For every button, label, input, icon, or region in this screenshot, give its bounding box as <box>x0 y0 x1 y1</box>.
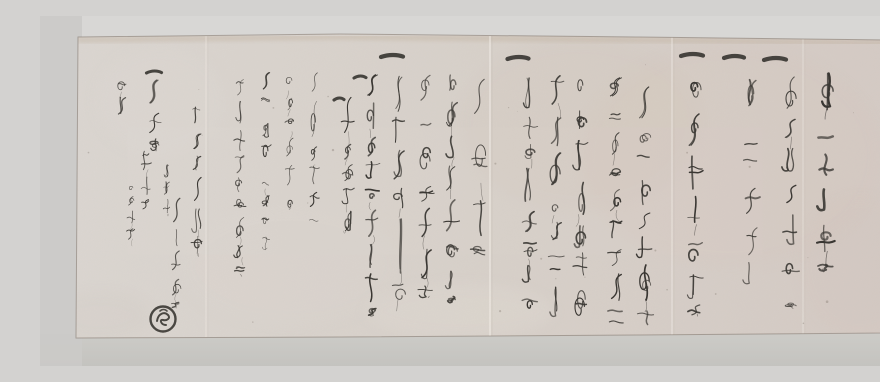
ink-stroke <box>195 107 196 123</box>
backdrop-bottom <box>40 334 880 366</box>
ink-stroke <box>419 225 431 226</box>
item-marker <box>724 56 744 58</box>
item-marker <box>681 54 703 56</box>
ink-stroke <box>472 158 485 159</box>
ink-stroke <box>818 136 832 137</box>
ink-stroke <box>817 241 835 243</box>
item-marker <box>381 55 403 57</box>
ink-stroke <box>395 117 396 142</box>
photo-stage: Photograph of an aged Japanese manuscrip… <box>40 16 880 366</box>
ink-stroke <box>827 73 828 109</box>
manuscript-photo <box>40 16 880 366</box>
item-marker <box>508 57 529 59</box>
ink-stroke <box>608 252 621 253</box>
ink-stroke <box>235 270 244 271</box>
ink-stroke <box>639 249 652 250</box>
item-marker <box>764 58 786 60</box>
ink-stroke <box>746 197 760 198</box>
ink-stroke <box>745 144 757 145</box>
ink-stroke <box>450 75 451 90</box>
